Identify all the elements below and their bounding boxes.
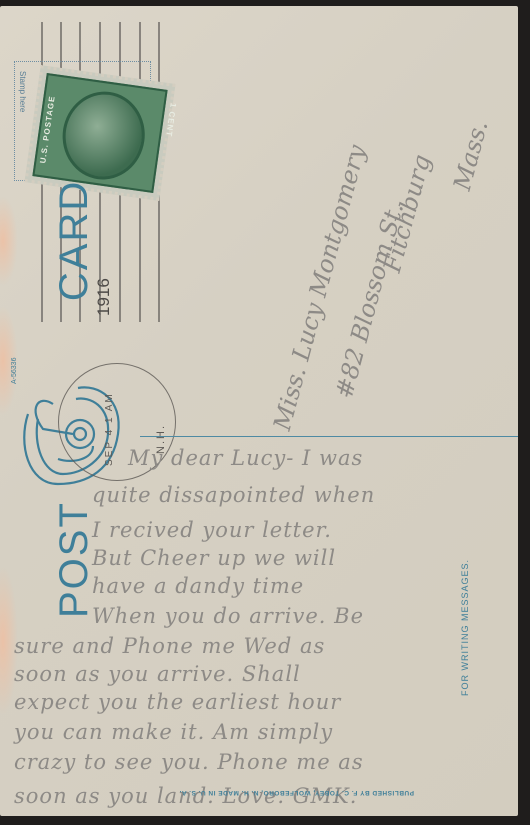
title-post: POST [52, 501, 96, 618]
message-line: My dear Lucy- I was [128, 446, 363, 470]
writing-messages-label: FOR WRITING MESSAGES. [460, 559, 470, 696]
stamp-denomination: 1 CENT [164, 102, 178, 137]
message-line: soon as you land. Love. GMK. [14, 784, 357, 808]
publisher-imprint: PUBLISHED BY F. C. TOBEY, WOLFEBORO, N. … [179, 789, 414, 796]
message-line: I recived your letter. [92, 518, 332, 542]
message-line: But Cheer up we will [92, 546, 336, 570]
message-line: crazy to see you. Phone me as [14, 750, 364, 774]
paper-stain [0, 196, 18, 286]
postmark-year: 1916 [94, 278, 114, 316]
title-card: CARD [52, 180, 96, 301]
postmark-date: SEP 4 1 AM [104, 392, 115, 466]
serial-number: A-56336 [11, 358, 18, 384]
message-line: expect you the earliest hour [14, 690, 341, 714]
message-line: When you do arrive. Be [92, 604, 364, 628]
message-line: soon as you arrive. Shall [14, 662, 301, 686]
message-line: you can make it. Am simply [14, 720, 333, 744]
stamp-box-label: Stamp here [18, 71, 27, 112]
address-divider [140, 436, 518, 437]
message-line: have a dandy time [92, 574, 304, 598]
address-line: Mass. [448, 117, 493, 193]
message-line: quite dissapointed when [92, 483, 375, 507]
postcard-back: Stamp here U.S. POSTAGE 1 CENT 1916 POST… [0, 6, 518, 816]
portrait-icon [57, 86, 150, 185]
stamp-face: U.S. POSTAGE 1 CENT [32, 73, 167, 193]
stamp-country: U.S. POSTAGE [38, 95, 56, 164]
message-line: sure and Phone me Wed as [14, 634, 325, 658]
postage-stamp: U.S. POSTAGE 1 CENT [24, 65, 175, 201]
